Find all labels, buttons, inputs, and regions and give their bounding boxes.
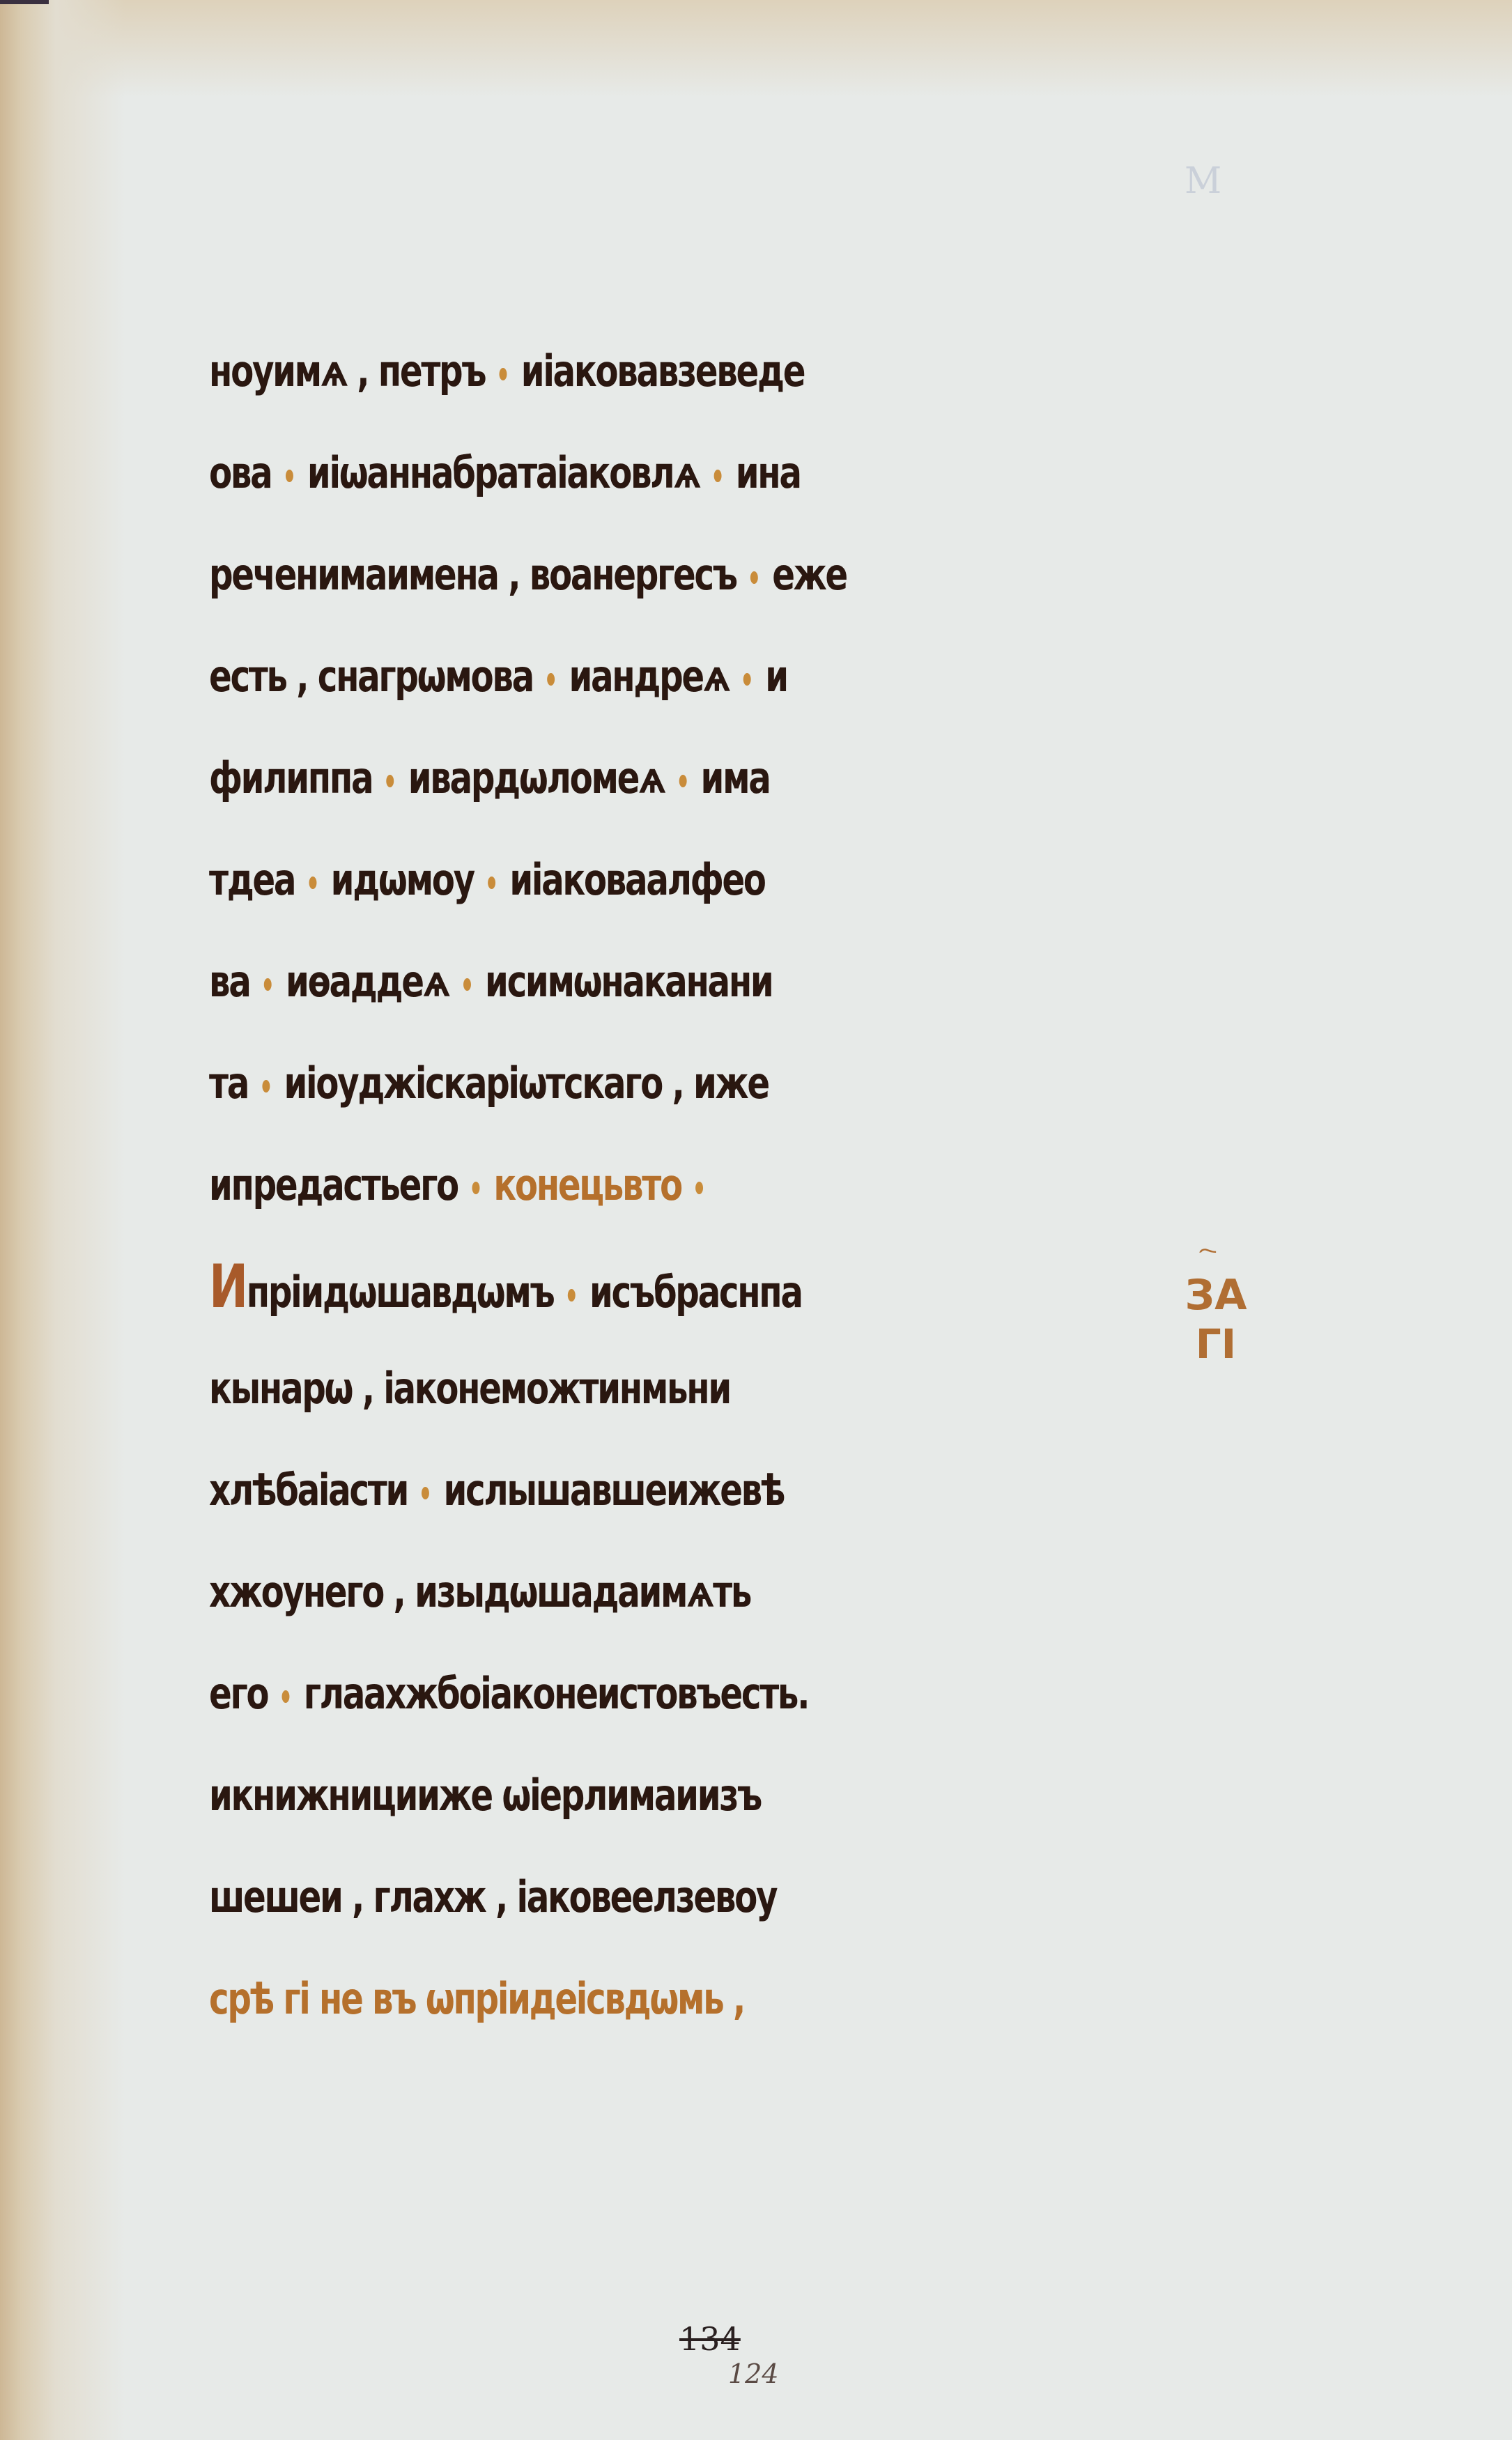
line-text: ислышавшеижевѣ — [443, 1465, 784, 1515]
manuscript-line: икнижницииже ѡіерлимаиизъ — [209, 1745, 997, 1846]
punctuation-dot — [500, 368, 507, 380]
line-text: иѳаддеѧ — [286, 956, 449, 1007]
manuscript-line: ипредастьегоконецьвто — [209, 1134, 997, 1236]
rubric-text: срѣ гі не въ ѡпріидеісвдѡмь , — [209, 1973, 744, 2024]
margin-note-line-2: ГІ — [1185, 1320, 1247, 1368]
manuscript-line: хжоунего , изыдѡшадаимѧть — [209, 1541, 997, 1643]
manuscript-line: реченимаимена , воанергесъеже — [209, 524, 997, 626]
line-text: пріидѡшавдѡмъ — [247, 1267, 554, 1318]
folio-number-corrected: 124 — [728, 2358, 779, 2389]
line-text: еже — [772, 549, 847, 600]
line-text: иіоуджіскаріѡтскаго , иже — [284, 1058, 768, 1109]
manuscript-line: хлѣбаіастиислышавшеижевѣ — [209, 1439, 997, 1541]
manuscript-line: егоглаахжбоіаконеистовъесть. — [209, 1643, 997, 1745]
line-text: кынарѡ , іаконеможтинмьни — [209, 1363, 730, 1414]
line-text: его — [209, 1668, 268, 1719]
manuscript-page: М ноуимѧ , петръиіаковавзеведеоваиіѡанна… — [0, 0, 1512, 2440]
line-text: идѡмоу — [331, 854, 474, 905]
line-text: реченимаимена , воанергесъ — [209, 549, 736, 600]
main-text-column: ноуимѧ , петръиіаковавзеведеоваиіѡаннабр… — [209, 321, 996, 2050]
line-text: ва — [209, 956, 250, 1007]
manuscript-line: таиіоуджіскаріѡтскаго , иже — [209, 1033, 997, 1134]
manuscript-line: оваиіѡаннабратаіаковлѧина — [209, 422, 997, 524]
line-text: исимѡнаканани — [485, 956, 772, 1007]
punctuation-dot — [282, 1690, 290, 1703]
line-text: хжоунего , изыдѡшадаимѧть — [209, 1566, 750, 1617]
punctuation-dot — [743, 673, 751, 686]
punctuation-dot — [488, 877, 495, 889]
line-text: ина — [736, 447, 801, 498]
punctuation-dot — [387, 775, 394, 787]
line-text: и — [765, 651, 787, 702]
faint-show-through-mark: М — [1185, 160, 1221, 202]
punctuation-dot — [286, 470, 293, 482]
margin-rubric-note: ҇ ЗА ГІ — [1185, 1247, 1247, 1368]
line-text: иіаковавзеведе — [521, 346, 804, 396]
punctuation-dot — [472, 1182, 479, 1194]
manuscript-line: тдеаидѡмоуиіаковаалфео — [209, 829, 997, 931]
punctuation-dot — [714, 470, 722, 482]
manuscript-line: шешеи , глахж , іаковеелзевоу — [209, 1846, 997, 1948]
punctuation-dot — [695, 1182, 703, 1194]
manuscript-line: ноуимѧ , петръиіаковавзеведе — [209, 321, 997, 422]
rubric-initial: И — [209, 1252, 247, 1322]
line-text: икнижницииже ѡіерлимаиизъ — [209, 1770, 761, 1821]
line-text: ивардѡломеѧ — [408, 752, 665, 803]
line-text: иандреѧ — [569, 651, 729, 702]
rubric-text: конецьвто — [493, 1159, 681, 1210]
margin-note-line-1: ЗА — [1185, 1271, 1247, 1320]
line-text: та — [209, 1058, 248, 1109]
manuscript-line: филиппаивардѡломеѧима — [209, 727, 997, 829]
punctuation-dot — [262, 1080, 270, 1092]
punctuation-dot — [679, 775, 686, 787]
line-text: филиппа — [209, 752, 372, 803]
line-text: ипредастьего — [209, 1159, 458, 1210]
manuscript-line: кынарѡ , іаконеможтинмьни — [209, 1338, 997, 1439]
punctuation-dot — [422, 1487, 429, 1499]
punctuation-dot — [568, 1289, 576, 1302]
margin-note-titlo: ҇ — [1185, 1247, 1247, 1271]
manuscript-line: есть , снагрѡмоваиандреѧи — [209, 626, 997, 727]
manuscript-line: Ипріидѡшавдѡмъисъбраснпа — [209, 1236, 997, 1338]
manuscript-line: срѣ гі не въ ѡпріидеісвдѡмь , — [209, 1948, 997, 2050]
punctuation-dot — [547, 673, 555, 686]
line-text: хлѣбаіасти — [209, 1465, 408, 1515]
page-edge-shadow — [0, 0, 49, 4]
folio-number-crossed-out: 134 — [679, 2320, 741, 2358]
line-text: есть , снагрѡмова — [209, 651, 533, 702]
line-text: има — [701, 752, 770, 803]
line-text: иіѡаннабратаіаковлѧ — [307, 447, 700, 498]
line-text: шешеи , глахж , іаковеелзевоу — [209, 1871, 776, 1922]
line-text: ноуимѧ , петръ — [209, 346, 485, 396]
line-text: исъбраснпа — [589, 1267, 802, 1318]
punctuation-dot — [264, 978, 272, 991]
punctuation-dot — [309, 877, 316, 889]
line-text: иіаковаалфео — [509, 854, 764, 905]
punctuation-dot — [750, 571, 758, 584]
manuscript-line: ваиѳаддеѧисимѡнаканани — [209, 931, 997, 1033]
line-text: глаахжбоіаконеистовъесть. — [304, 1668, 808, 1719]
punctuation-dot — [463, 978, 471, 991]
line-text: тдеа — [209, 854, 295, 905]
line-text: ова — [209, 447, 271, 498]
